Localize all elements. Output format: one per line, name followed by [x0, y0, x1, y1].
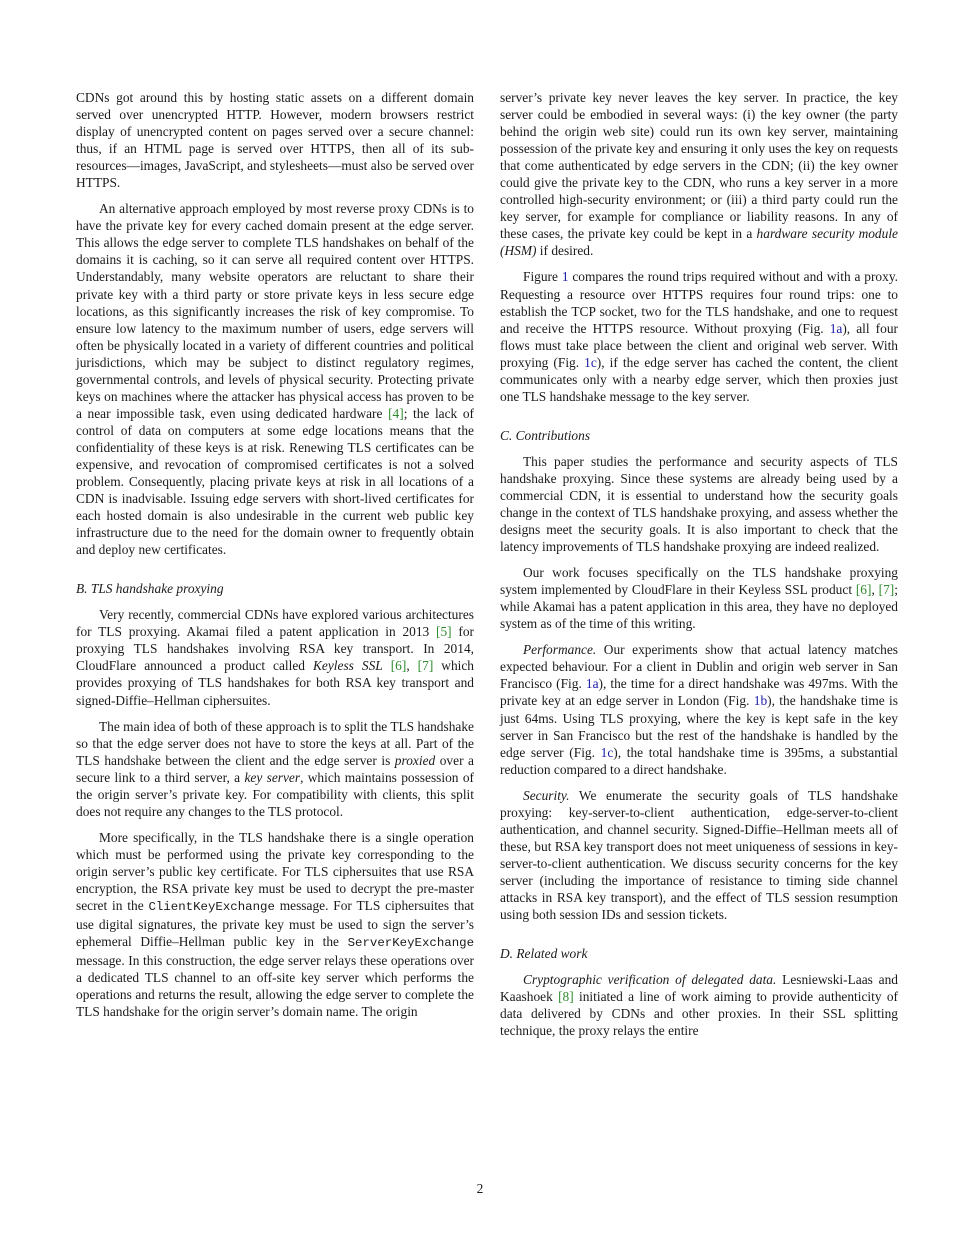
paragraph: An alternative approach employed by most…	[76, 200, 474, 558]
citation-link[interactable]: [8]	[558, 989, 574, 1004]
code-client-key-exchange: ClientKeyExchange	[149, 900, 275, 914]
code-server-key-exchange: ServerKeyExchange	[348, 936, 474, 950]
paragraph: server’s private key never leaves the ke…	[500, 89, 898, 259]
emphasis: key server	[244, 770, 300, 785]
right-column: server’s private key never leaves the ke…	[500, 89, 898, 1048]
figure-ref-link[interactable]: 1b	[754, 693, 767, 708]
figure-ref-link[interactable]: 1a	[586, 676, 599, 691]
paragraph: Performance. Our experiments show that a…	[500, 641, 898, 777]
section-heading-c: C. Contributions	[500, 427, 898, 444]
citation-link[interactable]: [4]	[388, 406, 404, 421]
section-heading-b: B. TLS handshake proxying	[76, 580, 474, 597]
paragraph: Very recently, commercial CDNs have expl…	[76, 606, 474, 708]
section-heading-d: D. Related work	[500, 945, 898, 962]
citation-link[interactable]: [5]	[436, 624, 452, 639]
citation-link[interactable]: [7]	[879, 582, 895, 597]
emphasis: Keyless SSL	[313, 658, 383, 673]
paragraph: CDNs got around this by hosting static a…	[76, 89, 474, 191]
figure-ref-link[interactable]: 1c	[584, 355, 597, 370]
paragraph: Security. We enumerate the security goal…	[500, 787, 898, 923]
paragraph: This paper studies the performance and s…	[500, 453, 898, 555]
paragraph: The main idea of both of these approach …	[76, 718, 474, 820]
figure-ref-link[interactable]: 1a	[830, 321, 843, 336]
paragraph: Figure 1 compares the round trips requir…	[500, 268, 898, 404]
citation-link[interactable]: [7]	[418, 658, 434, 673]
run-in-heading: Cryptographic verification of delegated …	[523, 972, 776, 987]
page-number: 2	[0, 1181, 960, 1197]
citation-link[interactable]: [6]	[391, 658, 407, 673]
left-column: CDNs got around this by hosting static a…	[76, 89, 474, 1029]
paragraph: Our work focuses specifically on the TLS…	[500, 564, 898, 632]
figure-ref-link[interactable]: 1c	[601, 745, 614, 760]
paragraph: Cryptographic verification of delegated …	[500, 971, 898, 1039]
run-in-heading: Performance.	[523, 642, 596, 657]
paragraph: More specifically, in the TLS handshake …	[76, 829, 474, 1021]
emphasis: proxied	[395, 753, 435, 768]
figure-ref-link[interactable]: 1	[562, 269, 569, 284]
citation-link[interactable]: [6]	[856, 582, 872, 597]
run-in-heading: Security.	[523, 788, 569, 803]
